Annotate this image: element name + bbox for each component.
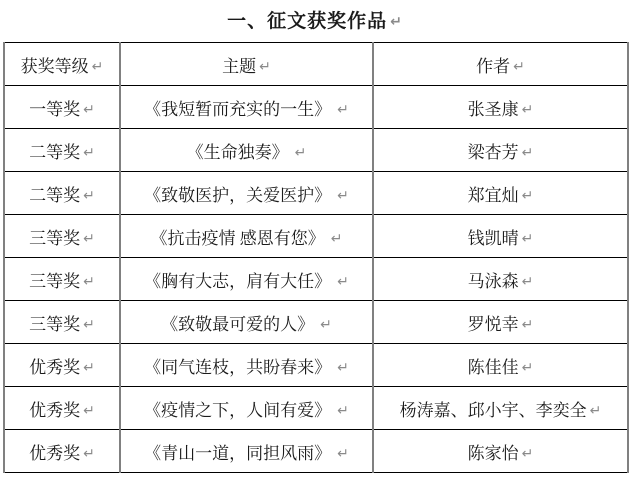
paragraph-mark-icon: ↵ [522,446,534,462]
paragraph-mark-icon: ↵ [83,360,95,376]
cell-text: 三等奖 [29,315,80,334]
cell-text: 《青山一道，同担风雨》 [144,444,331,463]
paragraph-mark-icon: ↵ [83,403,95,419]
award-level-cell: 一等奖↵ [4,86,120,129]
paragraph-mark-icon: ↵ [337,188,349,204]
author-cell: 马泳森↵ [373,258,628,301]
paragraph-mark-icon: ↵ [83,231,95,247]
cell-text: 《生命独奏》 [187,143,289,162]
header-text: 获奖等级 [21,57,89,76]
table-row: 二等奖↵《生命独奏》↵梁杏芳↵ [4,129,628,172]
table-body: 一等奖↵《我短暂而充实的一生》↵张圣康↵二等奖↵《生命独奏》↵梁杏芳↵二等奖↵《… [4,86,628,473]
paragraph-mark-icon: ↵ [337,446,349,462]
topic-cell: 《疫情之下，人间有爱》↵ [120,387,373,430]
author-cell: 钱凯晴↵ [373,215,628,258]
header-award-level: 获奖等级↵ [4,43,120,86]
paragraph-mark-icon: ↵ [331,231,343,247]
paragraph-mark-icon: ↵ [83,446,95,462]
paragraph-mark-icon: ↵ [83,274,95,290]
author-cell: 陈家怡↵ [373,430,628,473]
cell-text: 《我短暂而充实的一生》 [144,100,331,119]
author-cell: 罗悦幸↵ [373,301,628,344]
cell-text: 三等奖 [29,272,80,291]
topic-cell: 《胸有大志，肩有大任》↵ [120,258,373,301]
table-header-row: 获奖等级↵ 主题↵ 作者↵ [4,43,628,86]
author-cell: 梁杏芳↵ [373,129,628,172]
header-topic: 主题↵ [120,43,373,86]
paragraph-mark-icon: ↵ [522,317,534,333]
cell-text: 优秀奖 [29,444,80,463]
cell-text: 《胸有大志，肩有大任》 [144,272,331,291]
award-level-cell: 优秀奖↵ [4,344,120,387]
cell-text: 优秀奖 [29,401,80,420]
cell-text: 梁杏芳 [468,143,519,162]
topic-cell: 《我短暂而充实的一生》↵ [120,86,373,129]
paragraph-mark-icon: ↵ [83,102,95,118]
paragraph-mark-icon: ↵ [390,14,403,30]
topic-cell: 《致敬医护，关爱医护》↵ [120,172,373,215]
table-row: 三等奖↵《抗击疫情 感恩有您》↵钱凯晴↵ [4,215,628,258]
award-level-cell: 二等奖↵ [4,172,120,215]
paragraph-mark-icon: ↵ [522,188,534,204]
topic-cell: 《青山一道，同担风雨》↵ [120,430,373,473]
paragraph-mark-icon: ↵ [337,274,349,290]
author-cell: 郑宜灿↵ [373,172,628,215]
page-title-text: 一、征文获奖作品 [227,11,387,32]
cell-text: 陈佳佳 [468,358,519,377]
author-cell: 杨涛嘉、邱小宇、李奕全↵ [373,387,628,430]
table-row: 优秀奖↵《青山一道，同担风雨》↵陈家怡↵ [4,430,628,473]
paragraph-mark-icon: ↵ [522,102,534,118]
table-row: 一等奖↵《我短暂而充实的一生》↵张圣康↵ [4,86,628,129]
cell-text: 《致敬医护，关爱医护》 [144,186,331,205]
header-text: 作者 [476,57,510,76]
paragraph-mark-icon: ↵ [320,317,332,333]
cell-text: 郑宜灿 [468,186,519,205]
paragraph-mark-icon: ↵ [83,188,95,204]
document-page: 一、征文获奖作品↵ 获奖等级↵ 主题↵ 作者↵ 一等奖↵《我短暂而充实的一生》↵… [0,0,630,473]
cell-text: 钱凯晴 [468,229,519,248]
award-level-cell: 三等奖↵ [4,301,120,344]
cell-text: 罗悦幸 [468,315,519,334]
author-cell: 陈佳佳↵ [373,344,628,387]
paragraph-mark-icon: ↵ [590,403,602,419]
table-row: 优秀奖↵《同气连枝，共盼春来》↵陈佳佳↵ [4,344,628,387]
author-cell: 张圣康↵ [373,86,628,129]
cell-text: 张圣康 [468,100,519,119]
cell-text: 一等奖 [29,100,80,119]
award-level-cell: 优秀奖↵ [4,430,120,473]
award-level-cell: 三等奖↵ [4,258,120,301]
cell-text: 《疫情之下，人间有爱》 [144,401,331,420]
page-title: 一、征文获奖作品↵ [0,0,630,42]
cell-text: 二等奖 [29,143,80,162]
table-row: 三等奖↵《胸有大志，肩有大任》↵马泳森↵ [4,258,628,301]
award-level-cell: 二等奖↵ [4,129,120,172]
paragraph-mark-icon: ↵ [259,59,271,75]
award-level-cell: 优秀奖↵ [4,387,120,430]
cell-text: 《抗击疫情 感恩有您》 [151,229,325,248]
header-author: 作者↵ [373,43,628,86]
topic-cell: 《同气连枝，共盼春来》↵ [120,344,373,387]
table-row: 二等奖↵《致敬医护，关爱医护》↵郑宜灿↵ [4,172,628,215]
award-level-cell: 三等奖↵ [4,215,120,258]
cell-text: 《致敬最可爱的人》 [161,315,314,334]
table-row: 获奖等级↵ 主题↵ 作者↵ [4,43,628,86]
awards-table: 获奖等级↵ 主题↵ 作者↵ 一等奖↵《我短暂而充实的一生》↵张圣康↵二等奖↵《生… [3,42,629,473]
topic-cell: 《致敬最可爱的人》↵ [120,301,373,344]
cell-text: 杨涛嘉、邱小宇、李奕全 [400,401,587,420]
paragraph-mark-icon: ↵ [522,274,534,290]
cell-text: 《同气连枝，共盼春来》 [144,358,331,377]
paragraph-mark-icon: ↵ [295,145,307,161]
paragraph-mark-icon: ↵ [83,317,95,333]
topic-cell: 《生命独奏》↵ [120,129,373,172]
topic-cell: 《抗击疫情 感恩有您》↵ [120,215,373,258]
paragraph-mark-icon: ↵ [337,403,349,419]
paragraph-mark-icon: ↵ [522,231,534,247]
cell-text: 二等奖 [29,186,80,205]
paragraph-mark-icon: ↵ [513,59,525,75]
paragraph-mark-icon: ↵ [337,360,349,376]
paragraph-mark-icon: ↵ [522,145,534,161]
paragraph-mark-icon: ↵ [92,59,104,75]
paragraph-mark-icon: ↵ [83,145,95,161]
cell-text: 优秀奖 [29,358,80,377]
header-text: 主题 [222,57,256,76]
cell-text: 马泳森 [468,272,519,291]
table-row: 三等奖↵《致敬最可爱的人》↵罗悦幸↵ [4,301,628,344]
paragraph-mark-icon: ↵ [522,360,534,376]
paragraph-mark-icon: ↵ [337,102,349,118]
table-row: 优秀奖↵《疫情之下，人间有爱》↵杨涛嘉、邱小宇、李奕全↵ [4,387,628,430]
cell-text: 三等奖 [29,229,80,248]
cell-text: 陈家怡 [468,444,519,463]
